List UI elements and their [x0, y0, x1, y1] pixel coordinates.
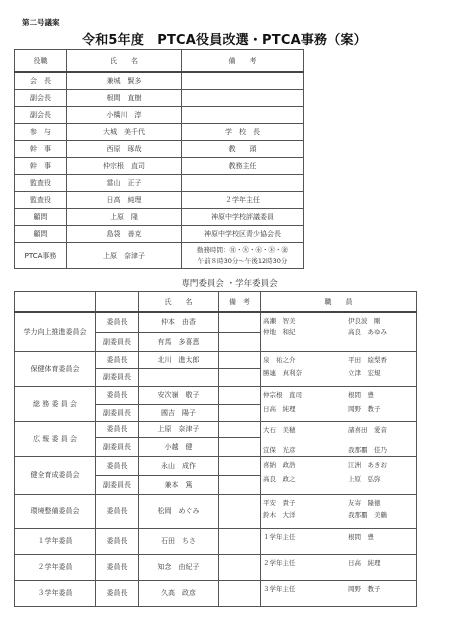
staff-cell: 仲宗根 直司 根間 豊 日高 純理 岡野 教子: [261, 386, 417, 421]
table-row: 環境整備委員会 委員長 松岡 めぐみ 平安 貴子 友寄 隆徳 鈴木 大洋 我那覇…: [15, 494, 417, 528]
position-cell: 委員長: [96, 421, 139, 437]
committee-name: 総 務 委 員 会: [15, 386, 96, 421]
note-cell: ２学年主任: [182, 192, 304, 209]
role-cell: 幹 事: [15, 158, 67, 175]
role-cell: 監査役: [15, 175, 67, 192]
role-cell: 副会長: [15, 107, 67, 124]
name-cell: 知念 由紀子: [139, 554, 219, 580]
staff-cell: 高瀬 智美 伊良波 剛 仲地 和紀 高良 あゆみ: [261, 312, 417, 351]
committee-name: 学力向上推進委員会: [15, 312, 96, 351]
name-cell: 北川 進太郎: [139, 351, 219, 368]
staff-cell: ３学年主任 岡野 教子: [261, 580, 417, 606]
table-row: 幹 事 仲宗根 直司 教務主任: [15, 158, 304, 175]
staff-member: 友寄 隆徳: [348, 498, 417, 507]
staff-member: 勝連 真利奈: [263, 368, 348, 377]
note-cell: 学 校 長: [182, 124, 304, 141]
name-cell: 安次嶺 敬子: [139, 386, 219, 404]
name-cell: 西原 琢哉: [67, 141, 182, 158]
note-cell: [219, 475, 261, 494]
name-cell: 仲宗根 直司: [67, 158, 182, 175]
staff-cell: ２学年主任 日高 純理: [261, 554, 417, 580]
position-cell: 副委員長: [96, 437, 139, 456]
staff-member: ２学年主任: [263, 558, 348, 567]
position-cell: 委員長: [96, 456, 139, 475]
position-cell: 委員長: [96, 580, 139, 606]
staff-member: 根間 豊: [348, 390, 417, 399]
staff-member: 江洲 あきお: [348, 460, 417, 469]
note-cell: [219, 312, 261, 332]
header-role: 役職: [15, 50, 67, 73]
name-cell: 上原 奈津子: [139, 421, 219, 437]
note-cell: [219, 437, 261, 456]
role-cell: PTCA事務: [15, 243, 67, 269]
name-cell: 兼城 賢多: [67, 72, 182, 90]
staff-member: 仲地 和紀: [263, 327, 348, 336]
name-cell: 根間 直樹: [67, 90, 182, 107]
name-cell: 兼本 篤: [139, 475, 219, 494]
note-cell: [219, 351, 261, 368]
staff-member: 平田 絵梨香: [348, 355, 417, 364]
name-cell: 當山 正子: [67, 175, 182, 192]
staff-member: 立津 宏規: [348, 368, 417, 377]
committee-name: 広 報 委 員 会: [15, 421, 96, 456]
table-header-row: 氏 名 備 考 職 員: [15, 292, 417, 313]
role-cell: 幹 事: [15, 141, 67, 158]
header-position: [96, 292, 139, 313]
note-cell: [182, 90, 304, 107]
position-cell: 副委員長: [96, 332, 139, 351]
position-cell: 副委員長: [96, 368, 139, 386]
staff-member: 我那覇 美鶴: [348, 510, 417, 519]
table-row: 参 与 大城 美千代 学 校 長: [15, 124, 304, 141]
table-row: 監査役 當山 正子: [15, 175, 304, 192]
staff-member: １学年主任: [263, 532, 348, 541]
table-row: 顧問 島袋 善克 神原中学校区青少協会長: [15, 226, 304, 243]
note-cell: [219, 580, 261, 606]
table-row: 副会長 小橋川 淳: [15, 107, 304, 124]
note-cell: [182, 72, 304, 90]
note-cell: [219, 528, 261, 554]
staff-cell: 平安 貴子 友寄 隆徳 鈴木 大洋 我那覇 美鶴: [261, 494, 417, 528]
name-cell: 有馬 多喜恵: [139, 332, 219, 351]
committee-name: 環境整備委員会: [15, 494, 96, 528]
table-row: １学年委員 委員長 石田 ちさ １学年主任 根間 豊: [15, 528, 417, 554]
table-row: 保健体育委員会 委員長 北川 進太郎 泉 祐之介 平田 絵梨香 勝連 真利奈 立…: [15, 351, 417, 368]
position-cell: 委員長: [96, 386, 139, 404]
staff-member: 大石 美穂: [263, 425, 348, 434]
note-cell: [219, 404, 261, 421]
note-cell: 神原中学校区青少協会長: [182, 226, 304, 243]
name-cell: 小越 健: [139, 437, 219, 456]
header-name: 氏 名: [67, 50, 182, 73]
name-cell: 永山 成作: [139, 456, 219, 475]
work-hours: 午前８時30分～午後12時30分: [182, 256, 303, 267]
table-header-row: 役職 氏 名 備 考: [15, 50, 304, 73]
staff-member: 日高 純理: [348, 558, 417, 567]
officers-table: 役職 氏 名 備 考 会 長 兼城 賢多 副会長 根間 直樹 副会長 小橋川 淳…: [14, 49, 304, 269]
note-cell: [219, 456, 261, 475]
header-staff: 職 員: [261, 292, 417, 313]
committee-name: ２学年委員: [15, 554, 96, 580]
staff-member: 喜納 政浩: [263, 460, 348, 469]
name-cell: 國吉 陽子: [139, 404, 219, 421]
table-row: 顧問 上原 隆 神原中学校評議委員: [15, 209, 304, 226]
table-row: 会 長 兼城 賢多: [15, 72, 304, 90]
staff-cell: １学年主任 根間 豊: [261, 528, 417, 554]
table-row: ２学年委員 委員長 知念 由紀子 ２学年主任 日高 純理: [15, 554, 417, 580]
position-cell: 副委員長: [96, 404, 139, 421]
staff-cell: 喜納 政浩 江洲 あきお 高良 政之 上原 弘弥: [261, 456, 417, 494]
note-cell: 教務主任: [182, 158, 304, 175]
staff-member: 鈴木 大洋: [263, 510, 348, 519]
role-cell: 監査役: [15, 192, 67, 209]
staff-member: 我那覇 佳乃: [348, 445, 417, 454]
staff-member: 高良 あゆみ: [348, 327, 417, 336]
role-cell: 顧問: [15, 226, 67, 243]
staff-member: 仲宗根 直司: [263, 390, 348, 399]
position-cell: 委員長: [96, 554, 139, 580]
staff-member: 岡野 教子: [348, 584, 417, 593]
page-title: 令和5年度 PTCA役員改選・PTCA事務（案）: [0, 29, 453, 48]
name-cell: 久高 政彦: [139, 580, 219, 606]
table-row: 幹 事 西原 琢哉 教 頭: [15, 141, 304, 158]
header-name: 氏 名: [139, 292, 219, 313]
table-row: 総 務 委 員 会 委員長 安次嶺 敬子 仲宗根 直司 根間 豊 日高 純理 岡…: [15, 386, 417, 404]
position-cell: 委員長: [96, 351, 139, 368]
name-cell: 大城 美千代: [67, 124, 182, 141]
position-cell: 委員長: [96, 528, 139, 554]
table-row: 副会長 根間 直樹: [15, 90, 304, 107]
role-cell: 副会長: [15, 90, 67, 107]
note-cell: [219, 332, 261, 351]
table-row: 広 報 委 員 会 委員長 上原 奈津子 大石 美穂 諸喜田 愛音 宜保 光彦 …: [15, 421, 417, 437]
note-cell: [219, 421, 261, 437]
name-cell: 石田 ちさ: [139, 528, 219, 554]
committees-title: 専門委員会 ・学年委員会: [0, 277, 453, 289]
table-row: 学力向上推進委員会 委員長 仲本 由香 高瀬 智美 伊良波 剛 仲地 和紀 高良…: [15, 312, 417, 332]
table-row: PTCA事務 上原 奈津子 勤務時間：㊊・㊋・㊌・㊍・㊎ 午前８時30分～午後1…: [15, 243, 304, 269]
position-cell: 副委員長: [96, 475, 139, 494]
note-cell: [219, 554, 261, 580]
work-days: 勤務時間：㊊・㊋・㊌・㊍・㊎: [182, 245, 303, 256]
staff-member: 日高 純理: [263, 404, 348, 413]
name-cell: [139, 368, 219, 386]
committee-name: ３学年委員: [15, 580, 96, 606]
staff-cell: 泉 祐之介 平田 絵梨香 勝連 真利奈 立津 宏規: [261, 351, 417, 386]
committee-name: １学年委員: [15, 528, 96, 554]
staff-member: 諸喜田 愛音: [348, 425, 417, 434]
staff-member: 平安 貴子: [263, 498, 348, 507]
header-committee: [15, 292, 96, 313]
header-note: 備 考: [219, 292, 261, 313]
note-cell: 教 頭: [182, 141, 304, 158]
staff-member: 根間 豊: [348, 532, 417, 541]
note-cell: [219, 386, 261, 404]
header-note: 備 考: [182, 50, 304, 73]
position-cell: 委員長: [96, 312, 139, 332]
note-cell: [182, 107, 304, 124]
note-cell: 神原中学校評議委員: [182, 209, 304, 226]
position-cell: 委員長: [96, 494, 139, 528]
staff-member: 上原 弘弥: [348, 474, 417, 483]
note-cell: [182, 175, 304, 192]
name-cell: 日高 純理: [67, 192, 182, 209]
committee-name: 保健体育委員会: [15, 351, 96, 386]
staff-member: 岡野 教子: [348, 404, 417, 413]
staff-member: 高良 政之: [263, 474, 348, 483]
table-row: 監査役 日高 純理 ２学年主任: [15, 192, 304, 209]
name-cell: 上原 奈津子: [67, 243, 182, 269]
name-cell: 松岡 めぐみ: [139, 494, 219, 528]
role-cell: 顧問: [15, 209, 67, 226]
role-cell: 参 与: [15, 124, 67, 141]
table-row: ３学年委員 委員長 久高 政彦 ３学年主任 岡野 教子: [15, 580, 417, 606]
note-cell: [219, 494, 261, 528]
staff-member: ３学年主任: [263, 584, 348, 593]
name-cell: 上原 隆: [67, 209, 182, 226]
committee-name: 健全育成委員会: [15, 456, 96, 494]
staff-cell: 大石 美穂 諸喜田 愛音 宜保 光彦 我那覇 佳乃: [261, 421, 417, 456]
staff-member: 伊良波 剛: [348, 316, 417, 325]
committees-table: 氏 名 備 考 職 員 学力向上推進委員会 委員長 仲本 由香 高瀬 智美 伊良…: [14, 291, 417, 607]
note-cell: [219, 368, 261, 386]
staff-member: 高瀬 智美: [263, 316, 348, 325]
role-cell: 会 長: [15, 72, 67, 90]
name-cell: 仲本 由香: [139, 312, 219, 332]
name-cell: 小橋川 淳: [67, 107, 182, 124]
document-label: 第二号議案: [22, 17, 60, 28]
staff-member: 宜保 光彦: [263, 445, 348, 454]
table-row: 健全育成委員会 委員長 永山 成作 喜納 政浩 江洲 あきお 高良 政之 上原 …: [15, 456, 417, 475]
name-cell: 島袋 善克: [67, 226, 182, 243]
staff-member: 泉 祐之介: [263, 355, 348, 364]
note-cell: 勤務時間：㊊・㊋・㊌・㊍・㊎ 午前８時30分～午後12時30分: [182, 243, 304, 269]
